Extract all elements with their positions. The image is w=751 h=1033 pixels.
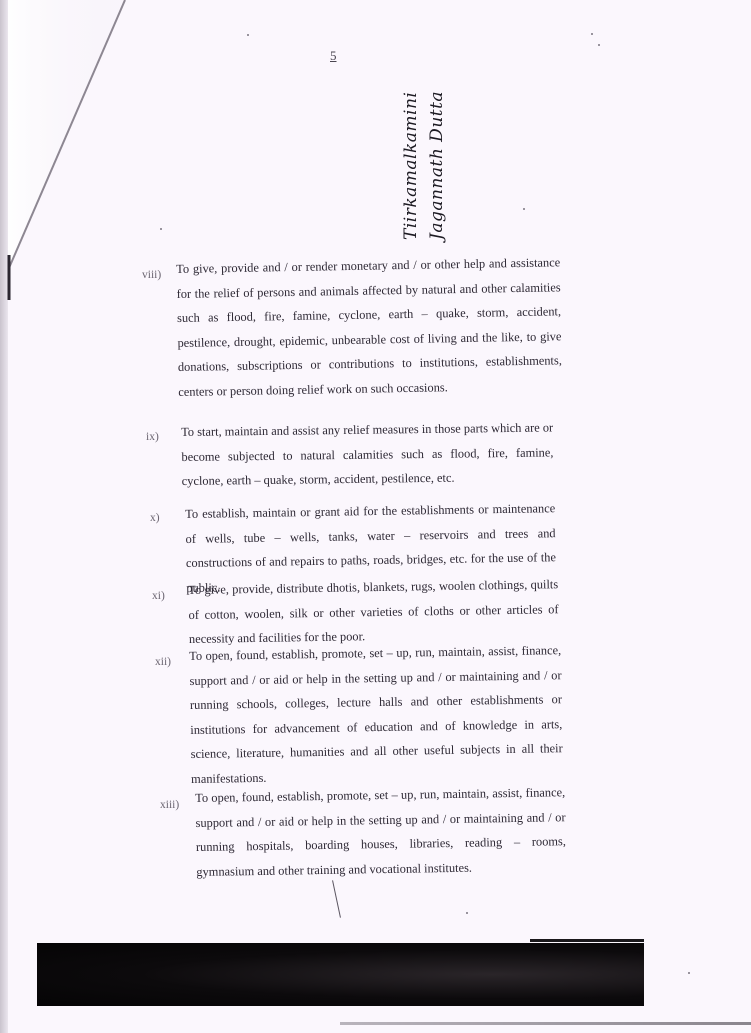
clause-viii: viii) To give, provide and / or render m… [142,257,562,407]
signature-line-1: Tiirkamalkamini [398,80,424,240]
clause-text: To open, found, establish, promote, set … [189,638,563,791]
scan-bottom-edge [340,1022,751,1025]
scan-speck [598,44,600,46]
clause-xi: xi) To give, provide, distribute dhotis,… [152,578,572,648]
clause-number: ix) [146,425,159,450]
clause-text: To open, found, establish, promote, set … [195,780,566,884]
scan-left-edge [0,0,8,1033]
clause-text: To give, provide and / or render monetar… [176,250,563,404]
clause-xiii: xiii) To open, found, establish, promote… [160,786,580,886]
clause-number: xi) [152,584,165,609]
scan-speck [591,33,593,35]
clause-text: To start, maintain and assist any relief… [181,415,554,493]
clause-xii: xii) To open, found, establish, promote,… [155,644,575,774]
clause-x: x) To establish, maintain or grant aid f… [150,502,570,572]
clause-ix: ix) To start, maintain and assist any re… [146,420,566,500]
clause-number: x) [150,506,160,531]
clause-number: xii) [155,650,171,675]
page-number: 5 [330,48,337,64]
scanned-page: 5 Tiirkamalkamini Jagannath Dutta viii) … [0,0,751,1033]
redaction-edge [530,939,644,942]
signature-line-2: Jagannath Dutta [424,80,450,240]
scan-speck [247,34,249,36]
scan-speck [688,972,690,974]
redacted-block [37,943,644,1006]
clause-number: xiii) [160,793,179,818]
scan-speck [523,208,525,210]
handwritten-signature: Tiirkamalkamini Jagannath Dutta [398,80,458,240]
scan-speck [160,228,162,230]
scan-speck [466,912,468,914]
clause-number: viii) [142,263,161,288]
